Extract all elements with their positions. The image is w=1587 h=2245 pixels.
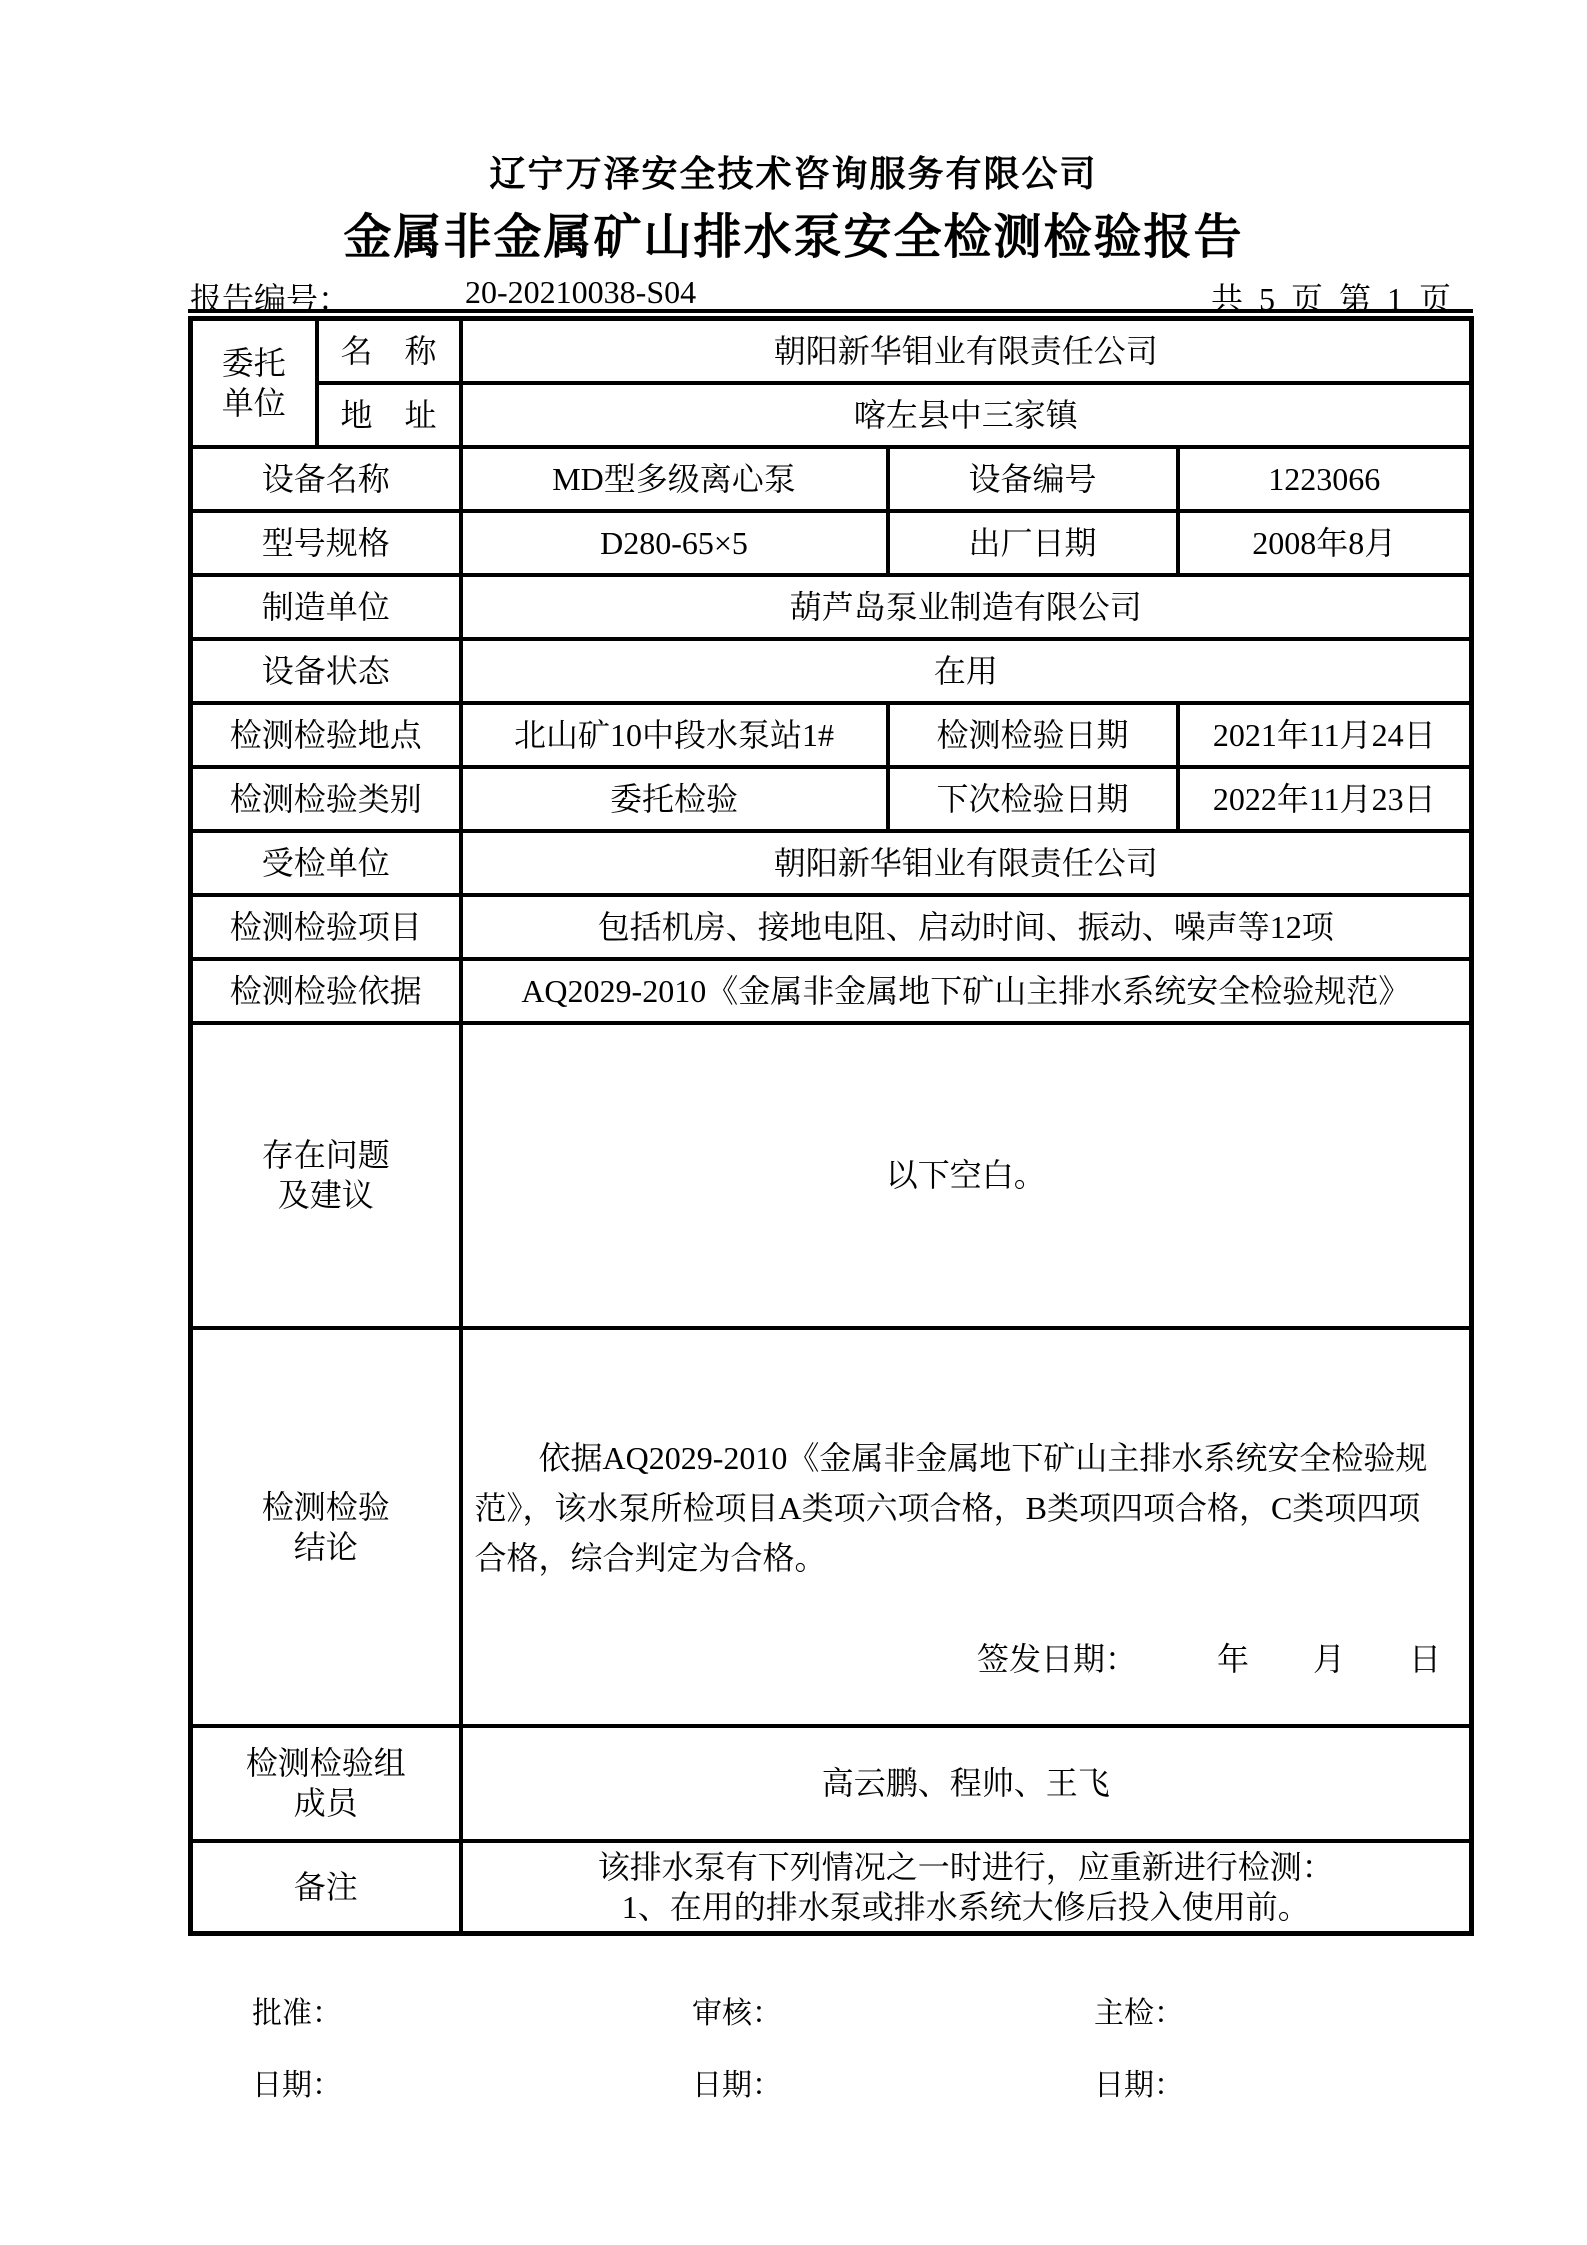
report-no-label: 报告编号： bbox=[190, 274, 350, 320]
report-no-value: 20-20210038-S04 bbox=[465, 274, 696, 311]
inspected-unit-label-cell: 受检单位 bbox=[191, 831, 461, 895]
manufacturer-label-cell: 制造单位 bbox=[191, 575, 461, 639]
basis-value-cell: AQ2029-2010《金属非金属地下矿山主排水系统安全检验规范》 bbox=[461, 959, 1472, 1023]
table-row: 备注 该排水泵有下列情况之一时进行，应重新进行检测： 1、在用的排水泵或排水系统… bbox=[191, 1841, 1472, 1934]
problems-label-cell: 存在问题 及建议 bbox=[191, 1023, 461, 1328]
model-value-cell: D280-65×5 bbox=[461, 511, 888, 575]
pagination: 共 5 页 第 1 页 bbox=[1211, 274, 1455, 320]
category-label-cell: 检测检验类别 bbox=[191, 767, 461, 831]
client-address-label-cell: 地 址 bbox=[317, 383, 461, 447]
conclusion-text: 依据AQ2029-2010《金属非金属地下矿山主排水系统安全检验规范》，该水泵所… bbox=[463, 1375, 1470, 1583]
table-row: 检测检验类别 委托检验 下次检验日期 2022年11月23日 bbox=[191, 767, 1472, 831]
problems-value-cell: 以下空白。 bbox=[461, 1023, 1472, 1328]
client-address-value-cell: 喀左县中三家镇 bbox=[461, 383, 1472, 447]
table-row: 存在问题 及建议 以下空白。 bbox=[191, 1023, 1472, 1328]
client-group-label-line1: 委托 bbox=[193, 343, 315, 383]
client-name-value-cell: 朝阳新华钼业有限责任公司 bbox=[461, 319, 1472, 383]
table-row: 地 址 喀左县中三家镇 bbox=[191, 383, 1472, 447]
inspect-date-value-cell: 2021年11月24日 bbox=[1178, 703, 1472, 767]
team-label-line2: 成员 bbox=[193, 1783, 459, 1823]
status-label-cell: 设备状态 bbox=[191, 639, 461, 703]
model-label-cell: 型号规格 bbox=[191, 511, 461, 575]
client-name-label-cell: 名 称 bbox=[317, 319, 461, 383]
client-group-label-line2: 单位 bbox=[193, 383, 315, 423]
remark-line2: 1、在用的排水泵或排水系统大修后投入使用前。 bbox=[463, 1887, 1470, 1927]
problems-label-line1: 存在问题 bbox=[193, 1135, 459, 1175]
remark-value-cell: 该排水泵有下列情况之一时进行，应重新进行检测： 1、在用的排水泵或排水系统大修后… bbox=[461, 1841, 1472, 1934]
device-no-value-cell: 1223066 bbox=[1178, 447, 1472, 511]
problems-label-line2: 及建议 bbox=[193, 1175, 459, 1215]
conclusion-label-line2: 结论 bbox=[193, 1527, 459, 1567]
location-label-cell: 检测检验地点 bbox=[191, 703, 461, 767]
factory-date-value-cell: 2008年8月 bbox=[1178, 511, 1472, 575]
table-row: 检测检验 结论 依据AQ2029-2010《金属非金属地下矿山主排水系统安全检验… bbox=[191, 1328, 1472, 1726]
remark-line1: 该排水泵有下列情况之一时进行，应重新进行检测： bbox=[463, 1847, 1470, 1887]
table-row: 委托 单位 名 称 朝阳新华钼业有限责任公司 bbox=[191, 319, 1472, 383]
conclusion-label-cell: 检测检验 结论 bbox=[191, 1328, 461, 1726]
table-row: 检测检验组 成员 高云鹏、程帅、王飞 bbox=[191, 1726, 1472, 1841]
approve-label: 批准： bbox=[252, 1988, 342, 2032]
chief-date-label: 日期： bbox=[1094, 2060, 1184, 2104]
table-row: 设备名称 MD型多级离心泵 设备编号 1223066 bbox=[191, 447, 1472, 511]
device-name-value-cell: MD型多级离心泵 bbox=[461, 447, 888, 511]
category-value-cell: 委托检验 bbox=[461, 767, 888, 831]
remark-label-cell: 备注 bbox=[191, 1841, 461, 1934]
team-value-cell: 高云鹏、程帅、王飞 bbox=[461, 1726, 1472, 1841]
device-name-label-cell: 设备名称 bbox=[191, 447, 461, 511]
factory-date-label-cell: 出厂日期 bbox=[888, 511, 1178, 575]
items-value-cell: 包括机房、接地电阻、启动时间、振动、噪声等12项 bbox=[461, 895, 1472, 959]
conclusion-label-line1: 检测检验 bbox=[193, 1487, 459, 1527]
inspect-date-label-cell: 检测检验日期 bbox=[888, 703, 1178, 767]
sign-date-line: 签发日期： 年 月 日 bbox=[463, 1639, 1470, 1679]
table-row: 受检单位 朝阳新华钼业有限责任公司 bbox=[191, 831, 1472, 895]
approve-date-label: 日期： bbox=[252, 2060, 342, 2104]
items-label-cell: 检测检验项目 bbox=[191, 895, 461, 959]
chief-inspector-label: 主检： bbox=[1094, 1988, 1184, 2032]
review-label: 审核： bbox=[692, 1988, 782, 2032]
team-label-cell: 检测检验组 成员 bbox=[191, 1726, 461, 1841]
location-value-cell: 北山矿10中段水泵站1# bbox=[461, 703, 888, 767]
table-row: 制造单位 葫芦岛泵业制造有限公司 bbox=[191, 575, 1472, 639]
report-table: 委托 单位 名 称 朝阳新华钼业有限责任公司 地 址 喀左县中三家镇 设备名称 … bbox=[188, 316, 1474, 1936]
review-date-label: 日期： bbox=[692, 2060, 782, 2104]
report-title: 金属非金属矿山排水泵安全检测检验报告 bbox=[0, 198, 1587, 267]
basis-label-cell: 检测检验依据 bbox=[191, 959, 461, 1023]
table-row: 检测检验项目 包括机房、接地电阻、启动时间、振动、噪声等12项 bbox=[191, 895, 1472, 959]
next-date-label-cell: 下次检验日期 bbox=[888, 767, 1178, 831]
table-row: 检测检验依据 AQ2029-2010《金属非金属地下矿山主排水系统安全检验规范》 bbox=[191, 959, 1472, 1023]
device-no-label-cell: 设备编号 bbox=[888, 447, 1178, 511]
conclusion-value-cell: 依据AQ2029-2010《金属非金属地下矿山主排水系统安全检验规范》，该水泵所… bbox=[461, 1328, 1472, 1726]
manufacturer-value-cell: 葫芦岛泵业制造有限公司 bbox=[461, 575, 1472, 639]
table-row: 检测检验地点 北山矿10中段水泵站1# 检测检验日期 2021年11月24日 bbox=[191, 703, 1472, 767]
double-rule bbox=[188, 309, 1473, 313]
next-date-value-cell: 2022年11月23日 bbox=[1178, 767, 1472, 831]
status-value-cell: 在用 bbox=[461, 639, 1472, 703]
table-row: 设备状态 在用 bbox=[191, 639, 1472, 703]
company-title: 辽宁万泽安全技术咨询服务有限公司 bbox=[0, 146, 1587, 197]
table-row: 型号规格 D280-65×5 出厂日期 2008年8月 bbox=[191, 511, 1472, 575]
team-label-line1: 检测检验组 bbox=[193, 1743, 459, 1783]
client-group-cell: 委托 单位 bbox=[191, 319, 317, 447]
inspected-unit-value-cell: 朝阳新华钼业有限责任公司 bbox=[461, 831, 1472, 895]
report-page: 辽宁万泽安全技术咨询服务有限公司 金属非金属矿山排水泵安全检测检验报告 报告编号… bbox=[0, 0, 1587, 2245]
